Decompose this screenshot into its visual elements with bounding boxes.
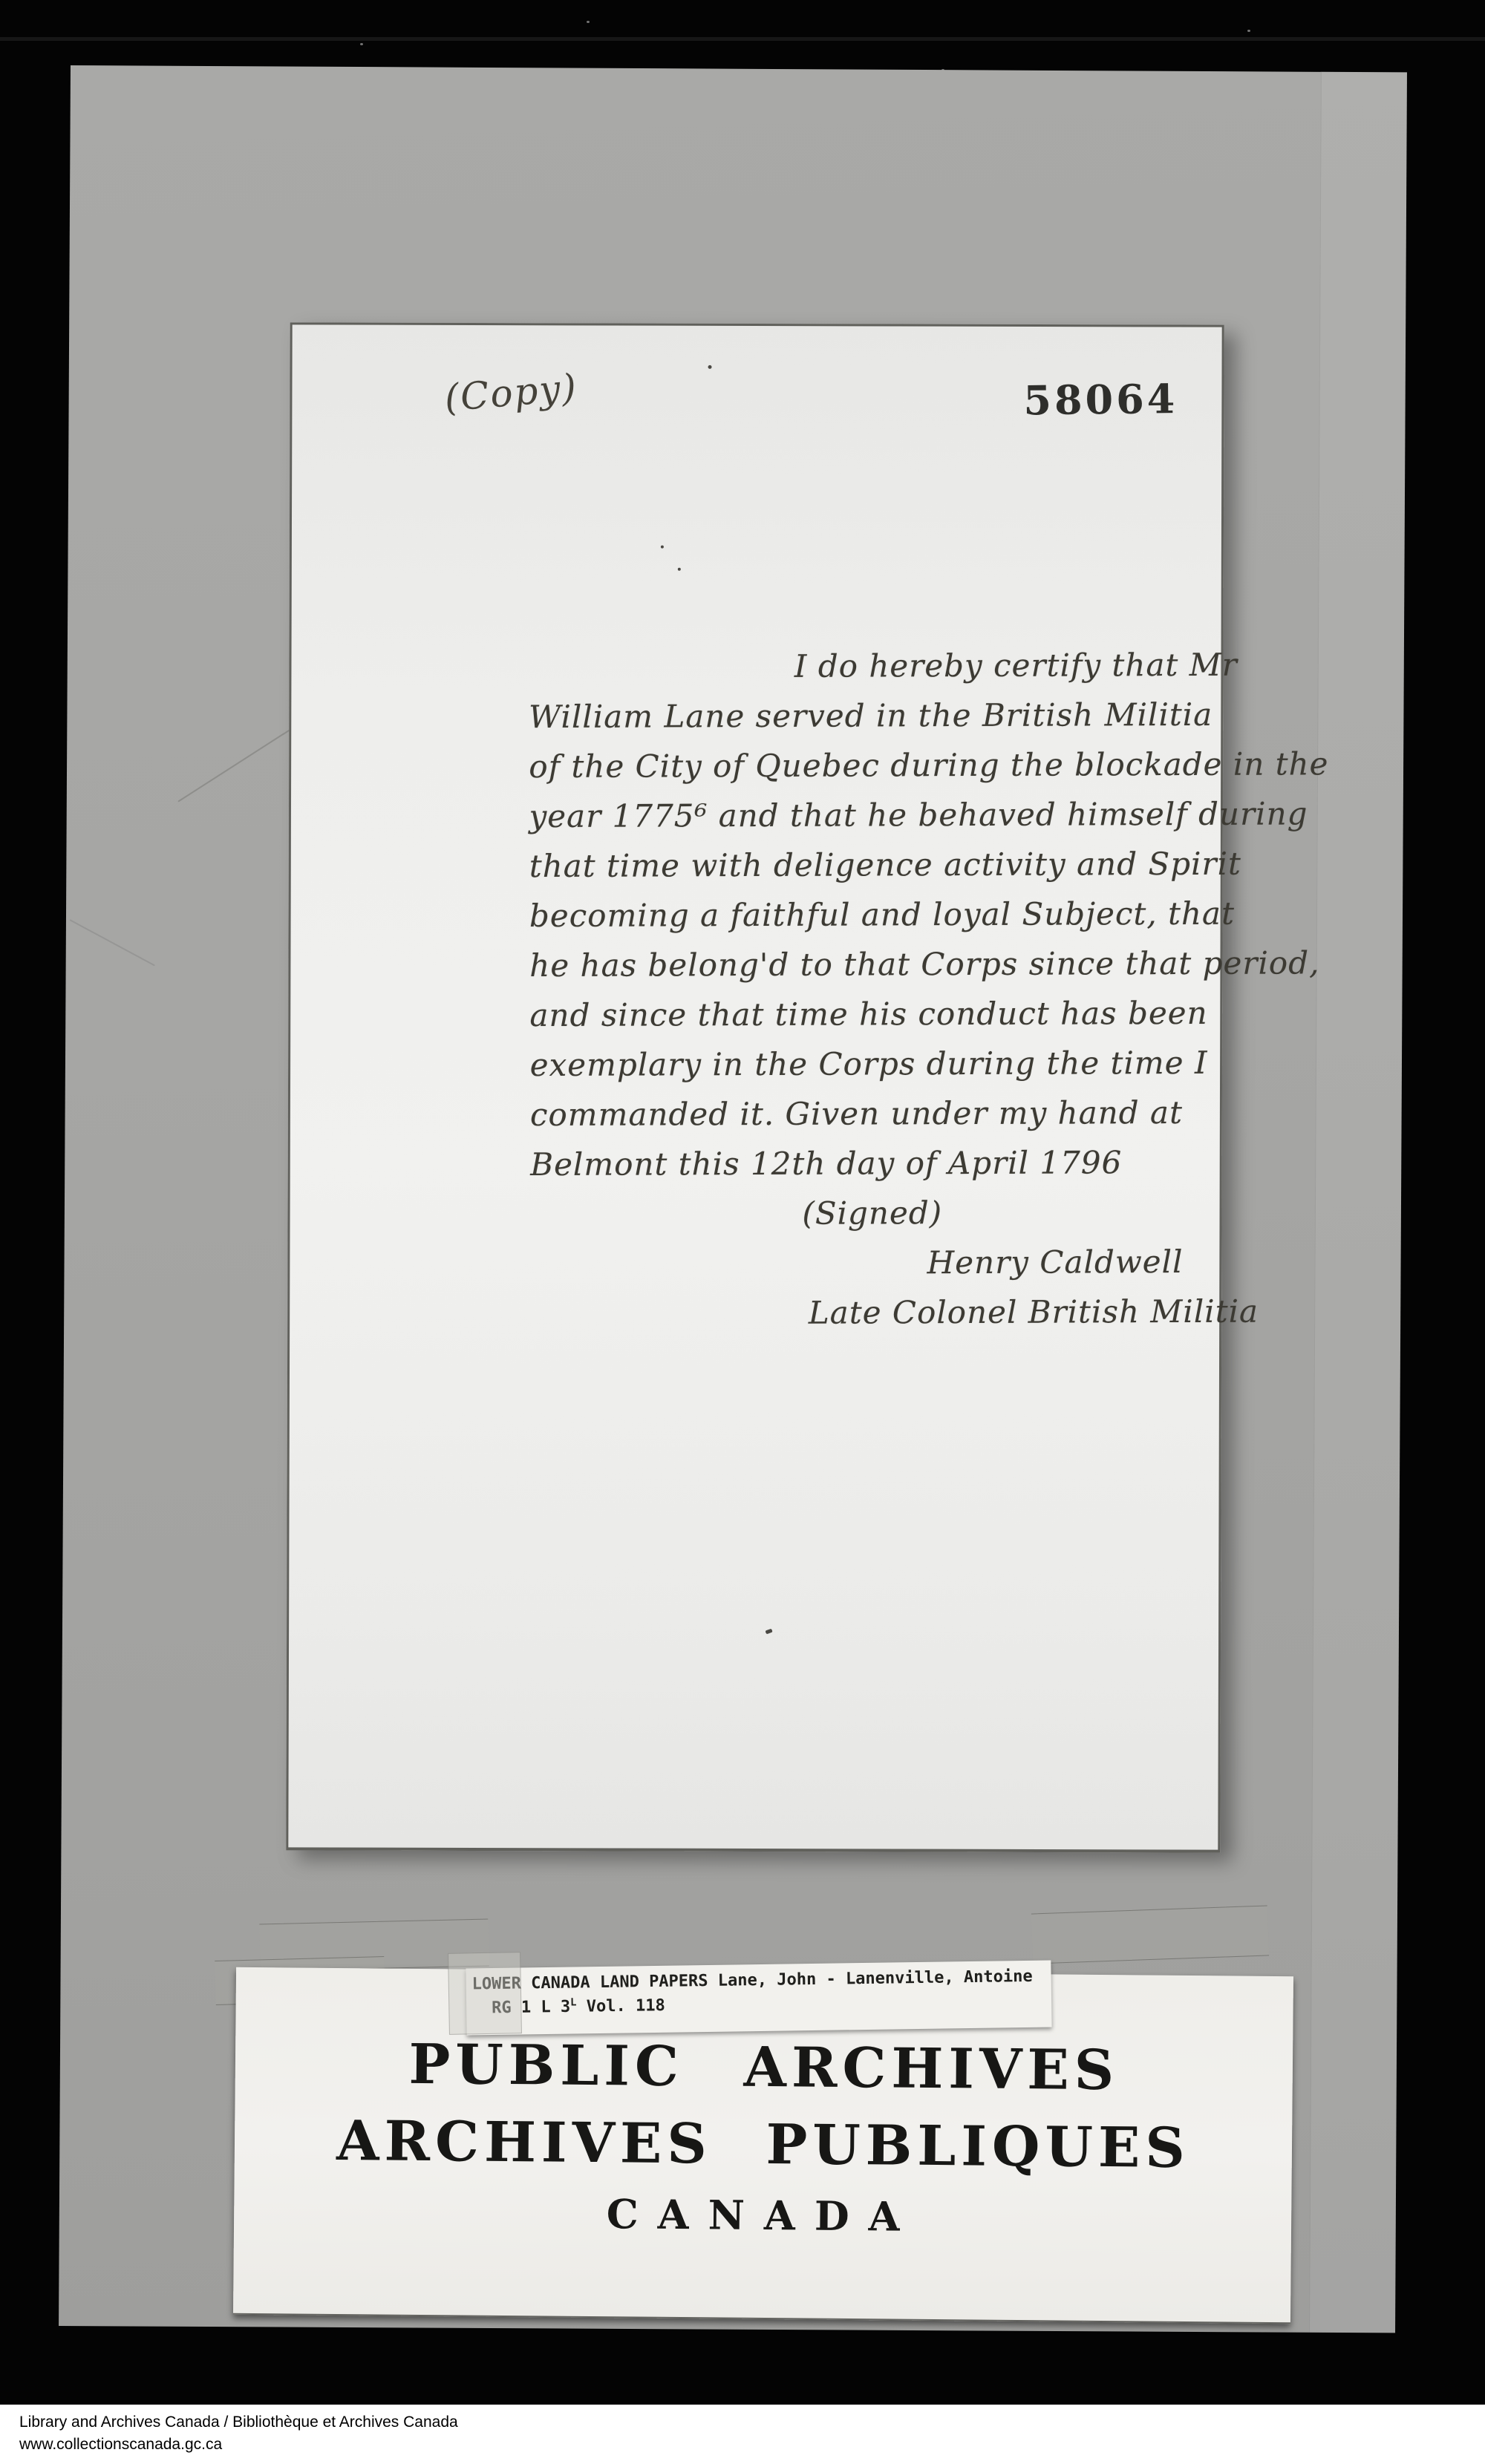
footer-branding-bar: Library and Archives Canada / Bibliothèq…: [0, 2405, 1485, 2464]
letter-line: he has belong'd to that Corps since that…: [529, 938, 1220, 990]
tape-strip: [1031, 1905, 1269, 1964]
letter-line: year 1775⁶ and that he behaved himself d…: [529, 789, 1219, 841]
signature: Henry Caldwell: [927, 1237, 1221, 1287]
letter-line: of the City of Quebec during the blockad…: [529, 739, 1219, 791]
copy-annotation: (Copy): [443, 366, 579, 420]
ink-speck: [766, 1629, 773, 1635]
letter-line: I do hereby certify that Mr: [794, 640, 1219, 691]
letter-line: and since that time his conduct has been: [529, 988, 1220, 1040]
rg-volume: Vol. 118: [576, 1996, 665, 2016]
signed-annotation: (Signed): [802, 1187, 1221, 1238]
document-number-stamp: 58064: [1023, 375, 1178, 424]
handwritten-letter-sheet: (Copy) 58064 I do hereby certify that Mr…: [286, 322, 1224, 1852]
letter-line: commanded it. Given under my hand at: [530, 1088, 1221, 1140]
ink-speck: [708, 365, 712, 369]
fonds-title-text: LOWER CANADA LAND PAPERS Lane, John - La…: [472, 1967, 1051, 1994]
website-url-text: www.collectionscanada.gc.ca: [19, 2436, 222, 2454]
crease-mark: [69, 919, 154, 966]
archives-publiques-text: ARCHIVES PUBLIQUES: [235, 2108, 1293, 2181]
canada-text: CANADA: [234, 2187, 1292, 2244]
scanner-streak: [0, 37, 1485, 41]
public-archives-text: PUBLIC ARCHIVES: [235, 2031, 1293, 2104]
dust-speck: [587, 21, 590, 23]
tape-strip: [448, 1952, 522, 2035]
letter-line: becoming a faithful and loyal Subject, t…: [529, 889, 1220, 941]
dust-speck: [360, 43, 363, 45]
letter-body-text: I do hereby certify that Mr William Lane…: [290, 640, 1221, 1339]
institution-name-text: Library and Archives Canada / Bibliothèq…: [19, 2414, 458, 2431]
ink-speck: [661, 546, 664, 549]
letter-line: exemplary in the Corps during the time I: [530, 1038, 1221, 1090]
letter-line: William Lane served in the British Milit…: [529, 690, 1219, 742]
record-group-reference: RG 1 L 3L Vol. 118: [492, 1990, 1051, 2017]
archival-reference-label: LOWER CANADA LAND PAPERS Lane, John - La…: [466, 1961, 1051, 2036]
dust-speck: [1247, 30, 1250, 32]
scanned-archive-page: (Copy) 58064 I do hereby certify that Mr…: [0, 0, 1485, 2464]
letter-line: Belmont this 12th day of April 1796: [530, 1137, 1221, 1189]
ink-speck: [678, 568, 681, 571]
signature-title: Late Colonel British Militia: [809, 1287, 1221, 1338]
letter-line: that time with deligence activity and Sp…: [529, 839, 1220, 891]
